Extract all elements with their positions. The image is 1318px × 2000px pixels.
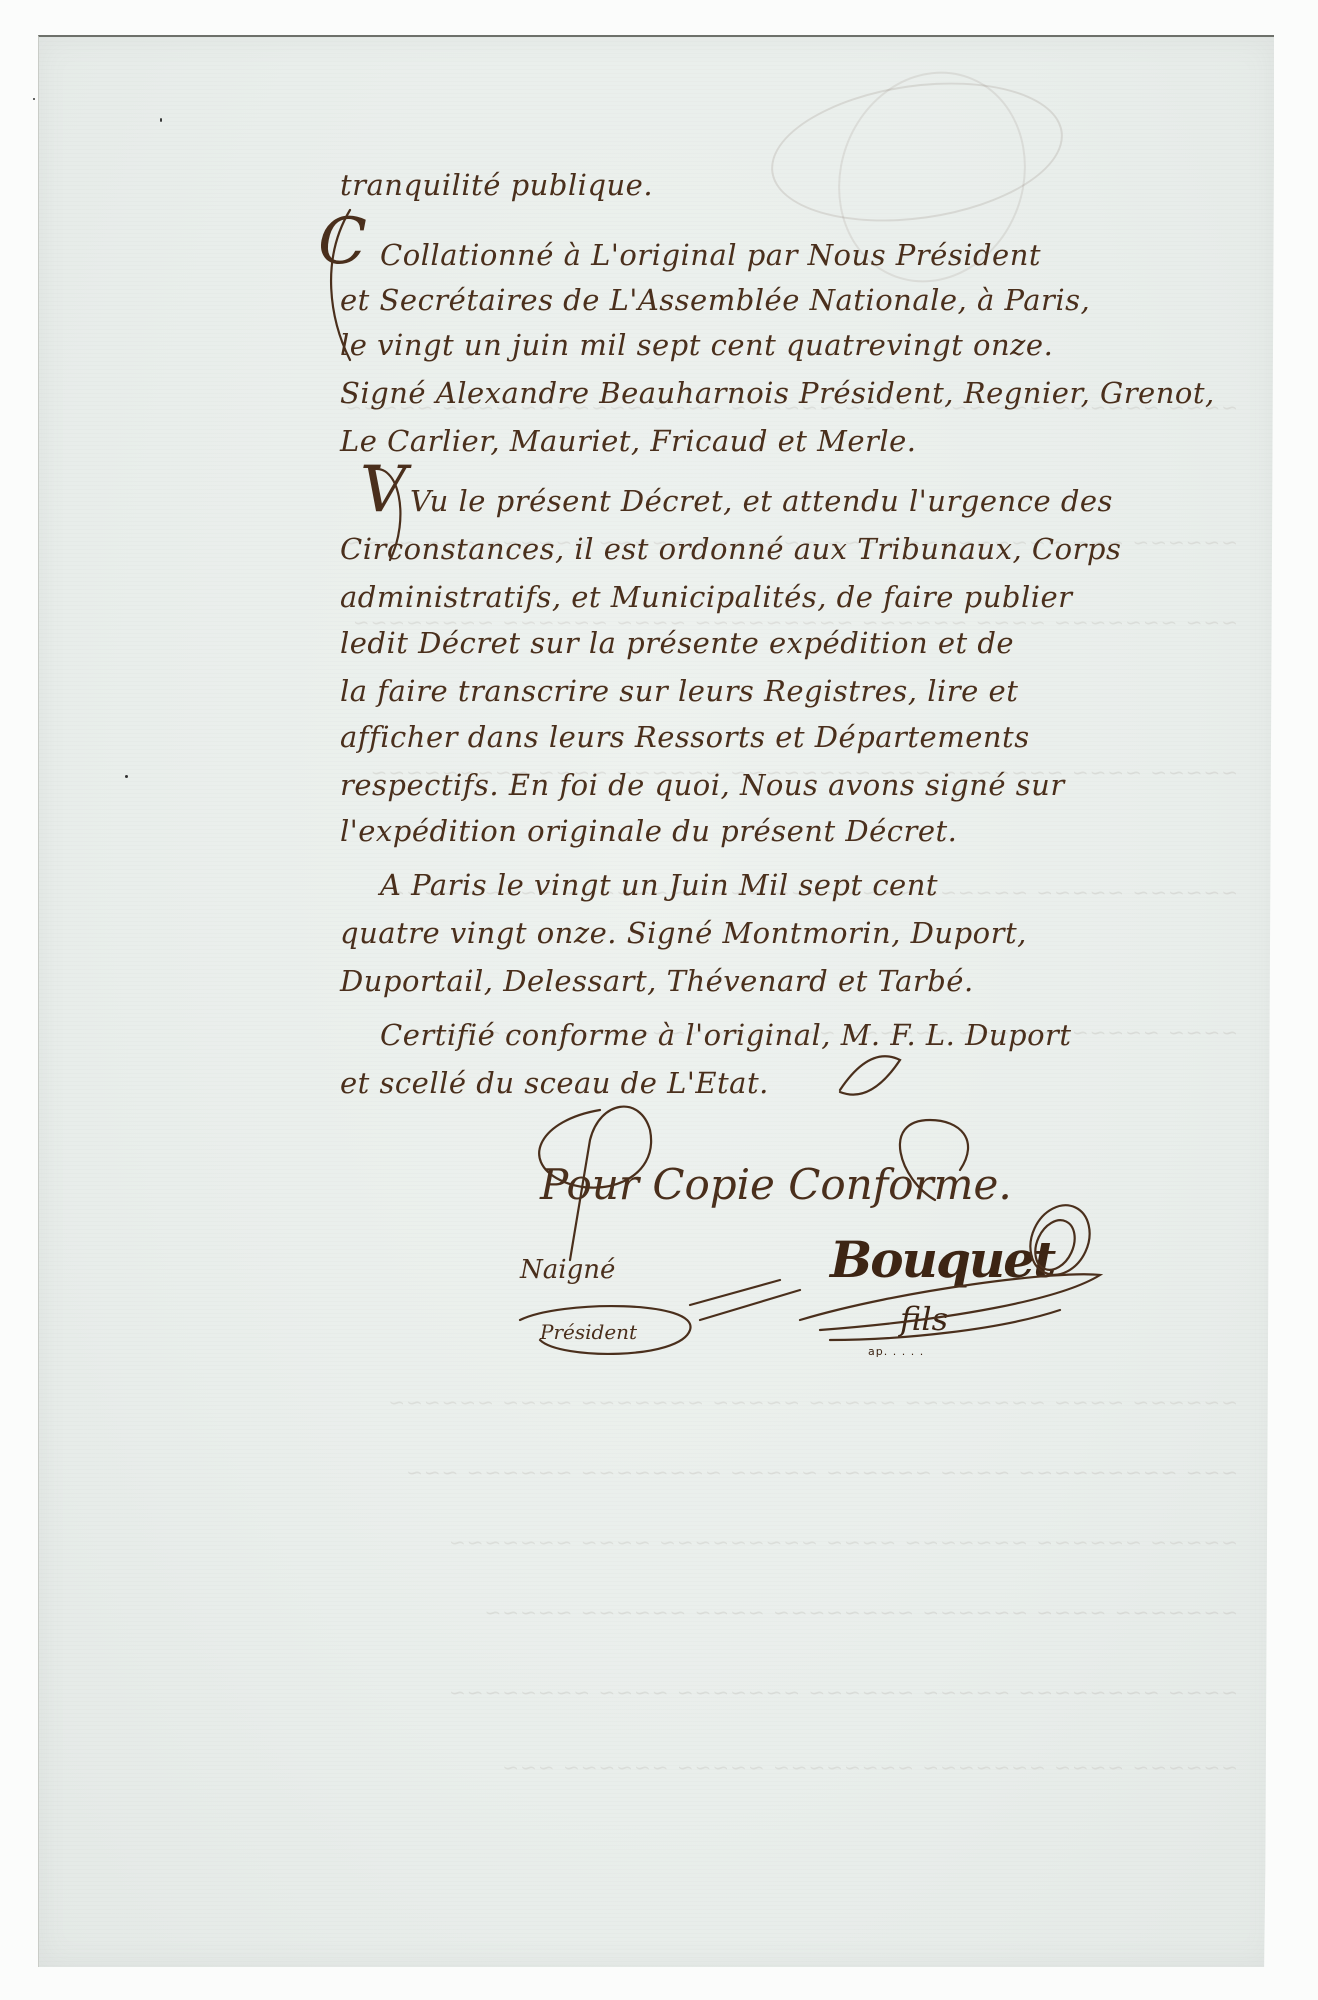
bleed-through-line: ~~~ ~~~~~~~~~ ~~~~ ~~~~~~ ~~~~~ ~~~~~~~~…: [150, 1460, 1238, 1484]
paper-speck: [33, 98, 35, 100]
signature-note: ap. . . . .: [868, 1345, 924, 1358]
signature-left-name: Naigné: [520, 1255, 615, 1285]
text-line: Duportail, Delessart, Thévenard et Tarbé…: [340, 964, 974, 998]
text-line: tranquilité publique.: [340, 168, 653, 202]
bleed-through-line: ~~~~~~ ~~~~ ~~~~~~~~ ~~~~~ ~~~~~ ~~~~~~~…: [150, 1390, 1238, 1414]
text-line: respectifs. En foi de quoi, Nous avons s…: [340, 768, 1065, 802]
document-page: [38, 35, 1274, 1967]
text-line: Le Carlier, Mauriet, Fricaud et Merle.: [340, 424, 917, 458]
text-line: afficher dans leurs Ressorts et Départem…: [340, 720, 1030, 754]
drop-capital: V: [360, 458, 406, 522]
signature-right-name: Bouquet: [830, 1230, 1054, 1289]
text-line: quatre vingt onze. Signé Montmorin, Dupo…: [340, 916, 1027, 950]
text-line: le vingt un juin mil sept cent quatrevin…: [340, 328, 1053, 362]
text-line: administratifs, et Municipalités, de fai…: [340, 580, 1073, 614]
signature-right-sub: fils: [900, 1300, 948, 1338]
text-line: l'expédition originale du présent Décret…: [340, 814, 957, 848]
bleed-through-line: ~~~~ ~~~~~~~~ ~~~~~ ~~~~~~ ~~~~~~~ ~~~~ …: [150, 1680, 1238, 1704]
bleed-through-line: ~~~~~ ~~~~~~ ~~~~~~~ ~~~~ ~~~~~~~~~ ~~~~…: [150, 1530, 1238, 1554]
text-line: Vu le présent Décret, et attendu l'urgen…: [410, 484, 1113, 518]
closing-certification: Pour Copie Conforme.: [540, 1160, 1012, 1209]
signature-left-title: Président: [540, 1320, 637, 1344]
text-line: Signé Alexandre Beauharnois Président, R…: [340, 376, 1215, 410]
text-line: et scellé du sceau de L'Etat.: [340, 1066, 769, 1100]
text-line: et Secrétaires de L'Assemblée Nationale,…: [340, 283, 1090, 317]
text-line: Collationné à L'original par Nous Présid…: [380, 238, 1041, 272]
text-line: Certifié conforme à l'original, M. F. L.…: [380, 1018, 1072, 1052]
drop-capital: C: [318, 210, 367, 274]
paper-speck: [125, 775, 128, 778]
bleed-through-line: ~~~~~~~ ~~~~ ~~~~~~ ~~~~~~~~ ~~~~ ~~~~~~…: [150, 1600, 1238, 1624]
text-line: la faire transcrire sur leurs Registres,…: [340, 674, 1018, 708]
paper-speck: [160, 118, 162, 122]
text-line: A Paris le vingt un Juin Mil sept cent: [380, 868, 938, 902]
text-line: ledit Décret sur la présente expédition …: [340, 626, 1014, 660]
bleed-through-line: ~~~~~~ ~~~~ ~~~~~~~ ~~~~~~~~ ~~~~~ ~~~~~…: [150, 1755, 1238, 1779]
text-line: Circonstances, il est ordonné aux Tribun…: [340, 532, 1121, 566]
